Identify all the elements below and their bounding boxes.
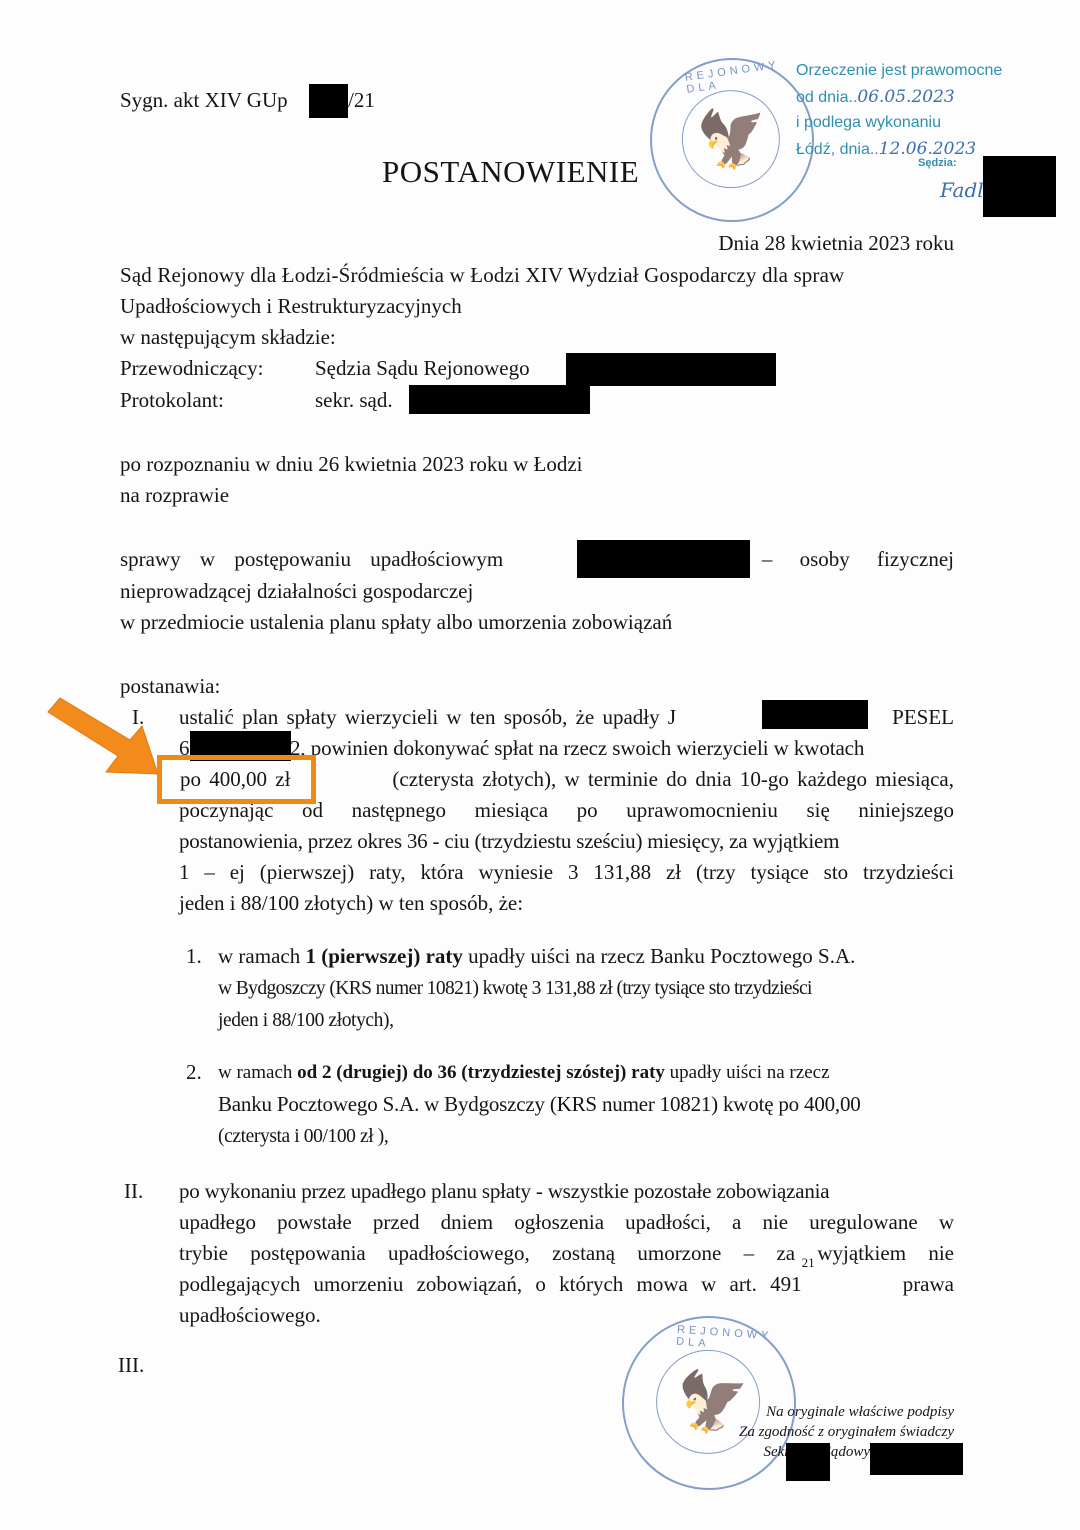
matter-line1-a: sprawy w postępowaniu upadłościowym [120,544,503,575]
redaction-secretary-2 [870,1443,963,1475]
point2-line3: trybie postępowania upadłościowego, zost… [179,1238,954,1269]
court-line3: w następującym składzie: [120,322,336,353]
subitem2-line2: Banku Pocztowego S.A. w Bydgoszczy (KRS … [218,1089,861,1120]
orange-arrow-icon [40,690,170,790]
finality-from-date: 06.05.2023 [857,87,954,107]
presiding-label: Przewodniczący: [120,353,263,384]
subitem1-line2: w Bydgoszczy (KRS numer 10821) kwotę 3 1… [218,973,812,1004]
redaction-presiding-name [566,353,776,386]
point2-line1: po wykonaniu przez upadłego planu spłaty… [179,1176,829,1207]
point2-line2: upadłego powstałe przed dniem ogłoszenia… [179,1207,954,1238]
case-signature: Sygn. akt XIV GUp [120,85,288,116]
finality-line1: Orzeczenie jest prawomocne [796,58,1002,84]
point1-line3: (czterysta złotych), w terminie do dnia … [392,764,954,795]
point1-line6: 1 – ej (pierwszej) raty, która wyniesie … [179,857,954,888]
seal-ring-text: REJONOWY DLA [684,56,804,96]
matter-line3: w przedmiocie ustalenia planu spłaty alb… [120,607,672,638]
redaction-judge-name [983,156,1056,217]
point2-line4-end: prawa [903,1269,954,1300]
point-numeral-2: II. [124,1176,143,1207]
point2-line4: podlegających umorzeniu zobowiązań, o kt… [179,1269,954,1300]
point1-line1: ustalić plan spłaty wierzycieli w ten sp… [179,702,676,733]
redaction-secretary-1 [786,1443,830,1481]
certification-line1: Na oryginale właściwe podpisy [766,1402,954,1423]
redaction-debtor-name [577,540,750,578]
eagle-emblem-icon: 🦅 [674,1372,742,1434]
redaction-debtor-surname [762,700,868,729]
hearing-line2: na rozprawie [120,480,229,511]
matter-line1-b: – osoby fizycznej [762,544,954,575]
redaction-clerk-name [409,385,590,414]
judge-signature: Fadl [940,178,984,202]
court-line1: Sąd Rejonowy dla Łodzi-Śródmieścia w Łod… [120,260,844,291]
article-superscript: 21 [802,1263,815,1294]
subitem-number-1: 1. [186,941,202,972]
point1-line2: 2, powinien dokonywać spłat na rzecz swo… [290,733,864,764]
point-numeral-3: III. [118,1350,144,1381]
point1-line7: jeden i 88/100 złotych) w ten sposób, że… [179,888,523,919]
case-signature-suffix: /21 [348,85,375,116]
point2-line3-text: trybie postępowania upadłościowego, zost… [179,1238,954,1269]
redaction-case-number [309,84,348,118]
subitem1-line1: w ramach 1 (pierwszej) raty upadły uiści… [218,941,855,972]
subitem2-bold: od 2 (drugiej) do 36 (trzydziestej szóst… [297,1062,665,1083]
finality-signer-label: Sędzia: [918,150,957,176]
finality-from-label: od dnia [796,89,849,106]
case-signature-prefix: Sygn. akt XIV GUp [120,88,288,112]
document-title: POSTANOWIENIE [382,152,639,192]
matter-line2: nieprowadzącej działalności gospodarczej [120,576,473,607]
subitem2-line1: w ramach od 2 (drugiej) do 36 (trzydzies… [218,1057,830,1088]
clerk-label: Protokolant: [120,385,224,416]
point2-line4-text: podlegających umorzeniu zobowiązań, o kt… [179,1269,802,1300]
point1-line6-text: 1 – ej (pierwszej) raty, która wyniesie … [179,857,954,888]
amount-highlight-box [157,755,316,804]
subitem1-pre: w ramach [218,944,305,968]
subitem1-bold: 1 (pierwszej) raty [305,944,462,968]
finality-city-date-label: Łódź, dnia [796,141,870,158]
point2-line4-main: podlegających umorzeniu zobowiązań, o kt… [179,1269,954,1300]
eagle-emblem-icon: 🦅 [694,106,765,172]
point2-line2-text: upadłego powstałe przed dniem ogłoszenia… [179,1207,954,1238]
pesel-label: PESEL [892,702,954,733]
subitem2-post: upadły uiści na rzecz [665,1062,830,1083]
point1-line5: postanowienia, przez okres 36 - ciu (trz… [179,826,839,857]
presiding-value: Sędzia Sądu Rejonowego [315,353,530,384]
point2-line5: upadłościowego. [179,1300,321,1331]
subitem2-line3: (czterysta i 00/100 zł ), [218,1121,388,1152]
subitem1-post: upadły uiści na rzecz Banku Pocztowego S… [463,944,855,968]
subitem1-line3: jeden i 88/100 złotych), [218,1005,394,1036]
certification-line2: Za zgodność z oryginałem świadczy [739,1422,954,1443]
hearing-line1: po rozpoznaniu w dniu 26 kwietnia 2023 r… [120,449,583,480]
subitem2-pre: w ramach [218,1062,297,1083]
finality-line3: i podlega wykonaniu [796,110,941,136]
clerk-value: sekr. sąd. [315,385,393,416]
finality-line2: od dnia..06.05.2023 [796,84,955,111]
subitem-number-2: 2. [186,1057,202,1088]
court-line2: Upadłościowych i Restrukturyzacyjnych [120,291,462,322]
decision-date: Dnia 28 kwietnia 2023 roku [718,228,954,259]
